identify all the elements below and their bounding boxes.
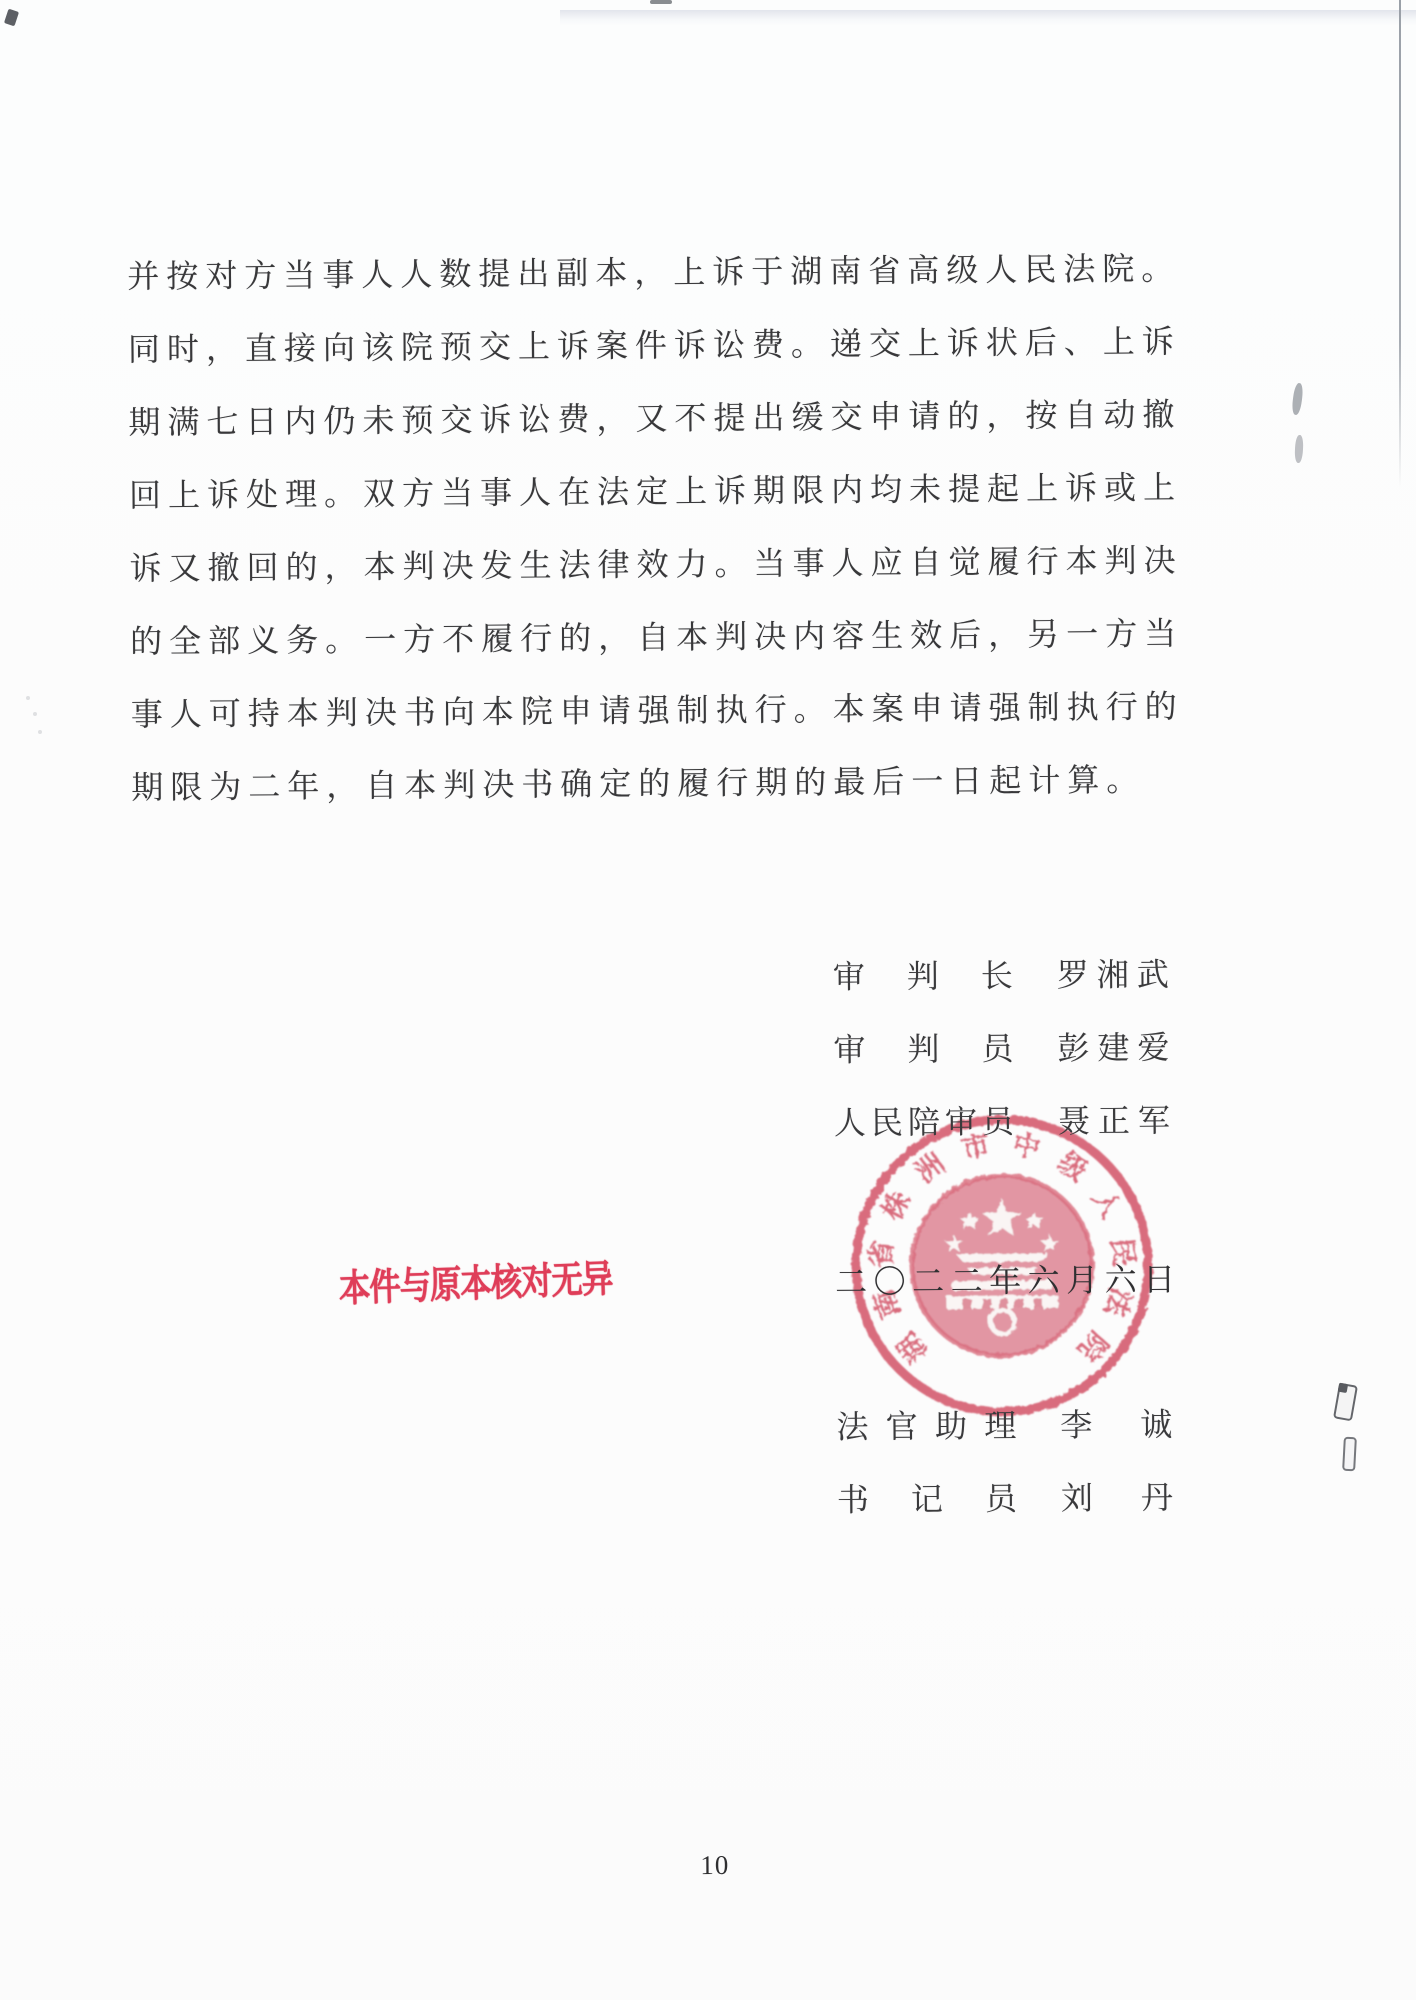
judgment-footer-paragraph: 并按对方当事人人数提出副本，上诉于湖南省高级人民法院。 同时，直接向该院预交上诉…: [127, 246, 1232, 839]
scan-artifact-right-edge: [1399, 0, 1401, 488]
signature-row-peoples-assessor: 人民陪审员聂正军: [834, 1095, 1170, 1144]
staff-name: 刘丹: [1061, 1472, 1173, 1519]
signature-row-clerk: 书记员刘丹: [837, 1472, 1173, 1521]
signature-row-judge-assistant: 法官助理李诚: [836, 1399, 1172, 1448]
verification-stamp-text: 本件与原本核对无异: [338, 1249, 613, 1313]
staff-role-label: 法官助理: [836, 1401, 1016, 1448]
scan-content: 并按对方当事人人数提出副本，上诉于湖南省高级人民法院。 同时，直接向该院预交上诉…: [0, 0, 1416, 2000]
body-line: 期限为二年，自本判决书确定的履行期的最后一日起计算。: [131, 757, 1232, 839]
scan-artifact-left-specks: [26, 696, 44, 742]
judge-name: 聂正军: [1058, 1095, 1170, 1142]
signature-row-presiding-judge: 审判长罗湘武: [833, 949, 1169, 998]
body-line: 事人可持本判决书向本院申请强制执行。本案申请强制执行的: [131, 684, 1232, 766]
body-line: 的全部义务。一方不履行的，自本判决内容生效后，另一方当: [130, 611, 1231, 693]
judge-role-label: 人民陪审员: [834, 1097, 1014, 1144]
signature-row-judge: 审判员彭建爱: [833, 1022, 1169, 1071]
judge-role-label: 审判员: [833, 1024, 1013, 1071]
page-number: 10: [7, 1844, 1416, 1886]
scan-artifact-top-band: [560, 10, 1416, 26]
body-line: 同时，直接向该院预交上诉案件诉讼费。递交上诉状后、上诉: [128, 319, 1229, 401]
svg-text:株: 株: [876, 1186, 918, 1226]
body-line: 并按对方当事人人数提出副本，上诉于湖南省高级人民法院。: [127, 246, 1228, 328]
judge-name: 罗湘武: [1057, 949, 1169, 996]
scan-artifact-top-mark: [650, 0, 672, 4]
body-line: 回上诉处理。双方当事人在法定上诉期限内均未提起上诉或上: [129, 465, 1230, 547]
body-line: 期满七日内仍未预交诉讼费，又不提出缓交申请的，按自动撤: [128, 392, 1229, 474]
svg-text:人: 人: [1086, 1184, 1128, 1224]
scanned-document-page: 并按对方当事人人数提出副本，上诉于湖南省高级人民法院。 同时，直接向该院预交上诉…: [0, 0, 1416, 2000]
body-line: 诉又撤回的，本判决发生法律效力。当事人应自觉履行本判决: [129, 538, 1230, 620]
judge-name: 彭建爱: [1057, 1022, 1169, 1069]
judge-role-label: 审判长: [833, 951, 1013, 998]
scan-artifact-binding-mark: [1342, 1437, 1357, 1472]
staff-name: 李诚: [1060, 1399, 1172, 1446]
judgment-date: 二〇二二年六月六日: [835, 1254, 1175, 1303]
staff-role-label: 书记员: [837, 1474, 1017, 1521]
